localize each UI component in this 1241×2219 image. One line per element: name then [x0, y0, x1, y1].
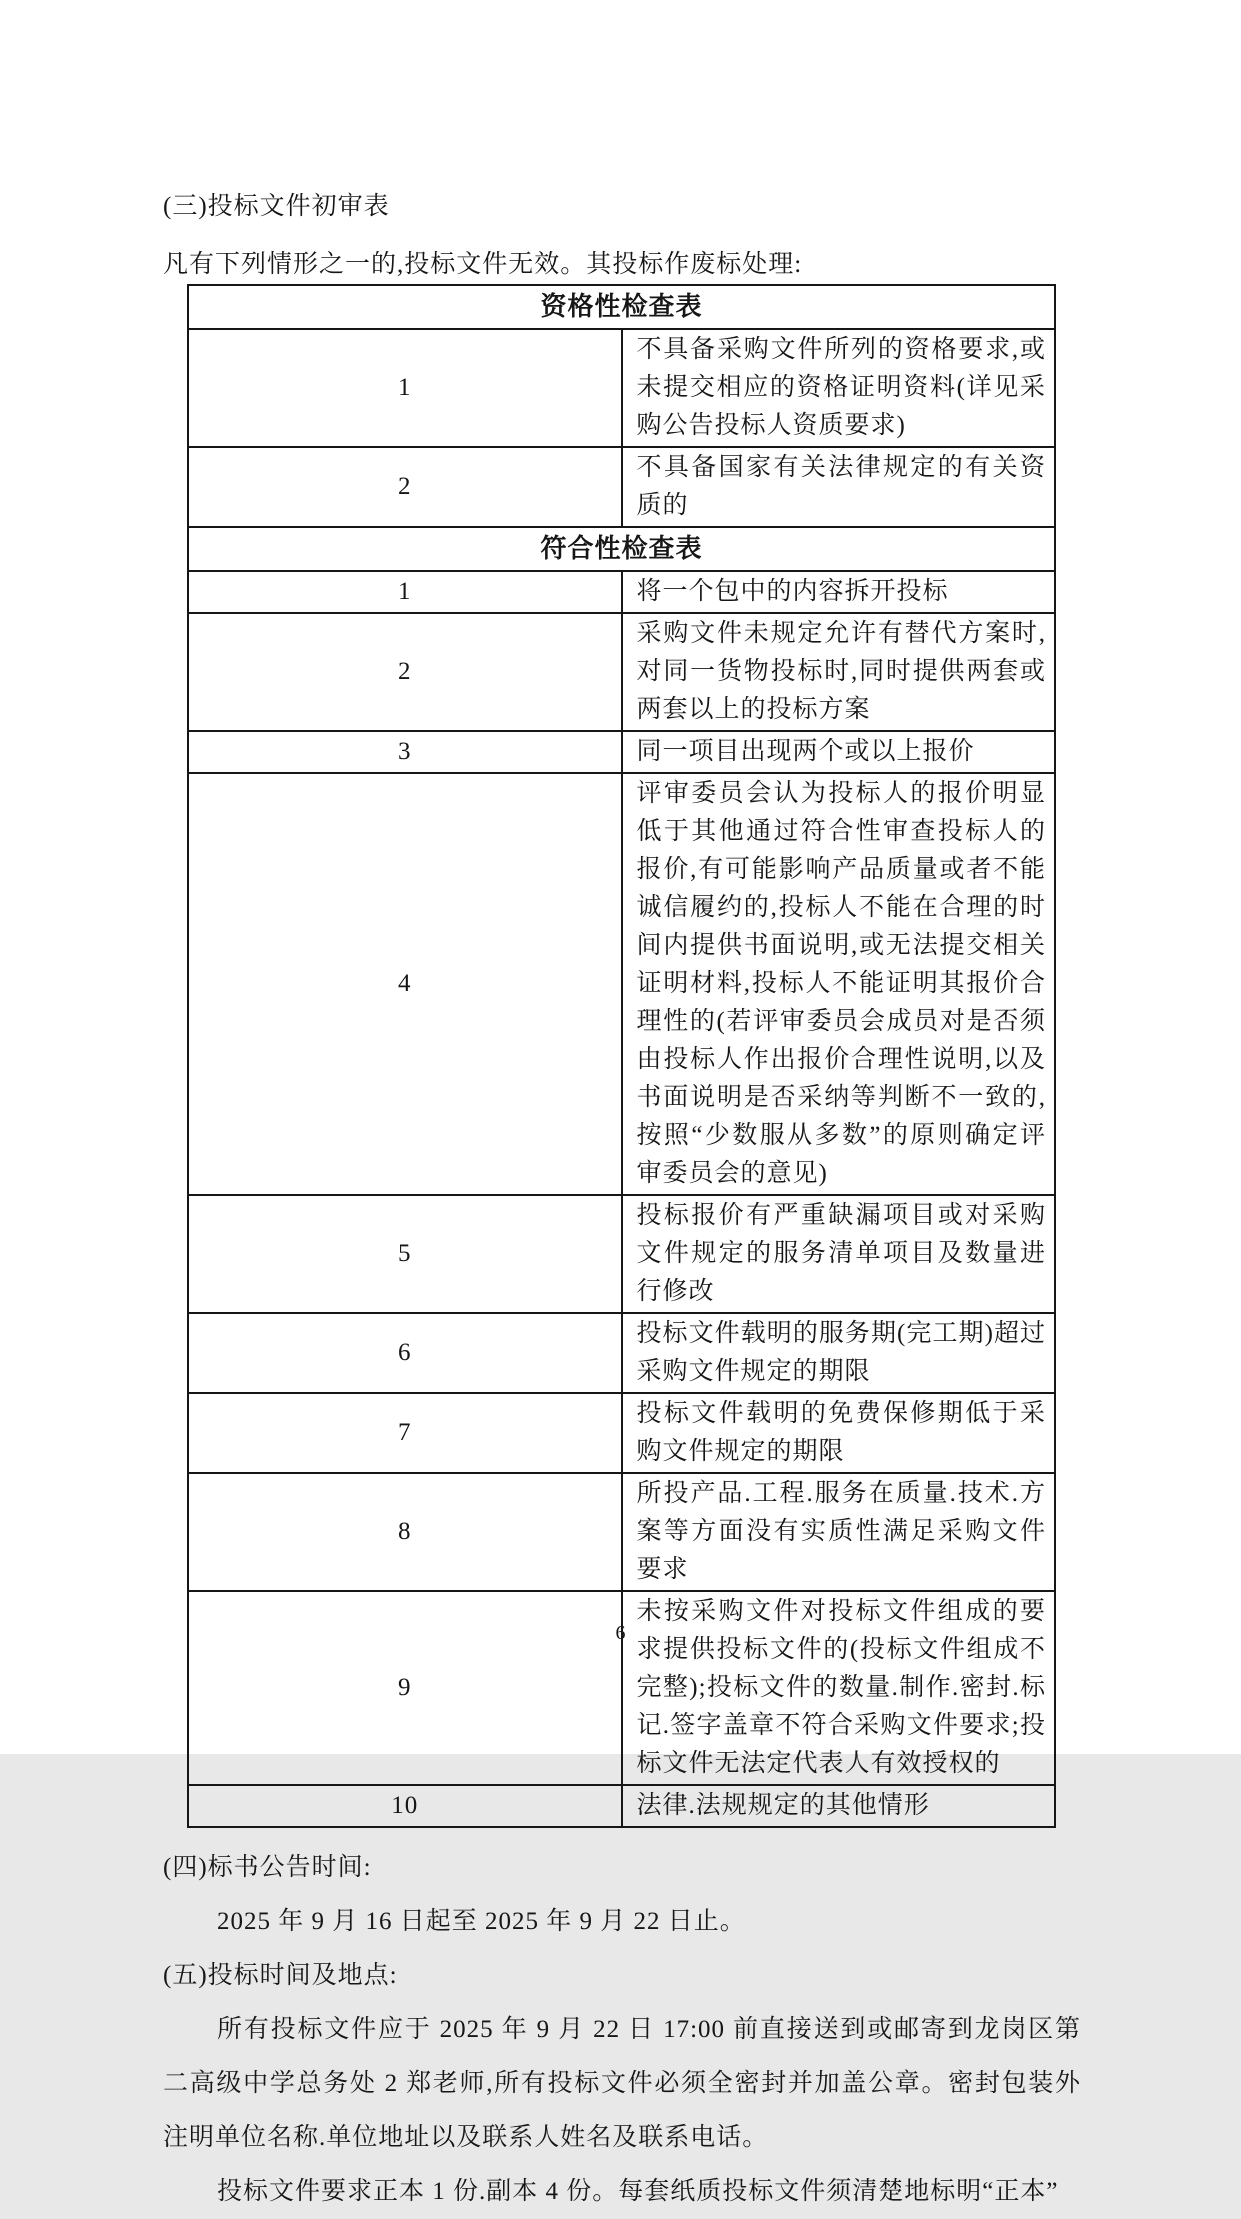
- table-row: 资格性检查表: [188, 285, 1055, 329]
- row-text: 不具备国家有关法律规定的有关资质的: [622, 447, 1056, 527]
- table-row: 9 未按采购文件对投标文件组成的要求提供投标文件的(投标文件组成不完整);投标文…: [188, 1591, 1055, 1785]
- row-number: 9: [188, 1591, 622, 1785]
- table-row: 5 投标报价有严重缺漏项目或对采购文件规定的服务清单项目及数量进行修改: [188, 1195, 1055, 1313]
- table-row: 10 法律.法规规定的其他情形: [188, 1785, 1055, 1827]
- section-5-heading: (五)投标时间及地点:: [163, 1949, 1081, 2003]
- row-text: 采购文件未规定允许有替代方案时,对同一货物投标时,同时提供两套或两套以上的投标方…: [622, 613, 1056, 731]
- bid-review-table: 资格性检查表 1 不具备采购文件所列的资格要求,或未提交相应的资格证明资料(详见…: [187, 284, 1056, 1828]
- copies-requirement-paragraph: 投标文件要求正本 1 份.副本 4 份。每套纸质投标文件须清楚地标明“正本”: [163, 2165, 1081, 2219]
- table-row: 2 不具备国家有关法律规定的有关资质的: [188, 447, 1055, 527]
- row-number: 1: [188, 571, 622, 613]
- row-number: 4: [188, 773, 622, 1195]
- table-row: 3 同一项目出现两个或以上报价: [188, 731, 1055, 773]
- row-number: 5: [188, 1195, 622, 1313]
- page-number: 6: [0, 1622, 1241, 1645]
- qualification-check-header: 资格性检查表: [188, 285, 1055, 329]
- row-number: 6: [188, 1313, 622, 1393]
- submission-instructions-paragraph: 所有投标文件应于 2025 年 9 月 22 日 17:00 前直接送到或邮寄到…: [163, 2003, 1081, 2165]
- row-number: 2: [188, 447, 622, 527]
- row-number: 7: [188, 1393, 622, 1473]
- table-row: 7 投标文件载明的免费保修期低于采购文件规定的期限: [188, 1393, 1055, 1473]
- row-text: 投标报价有严重缺漏项目或对采购文件规定的服务清单项目及数量进行修改: [622, 1195, 1056, 1313]
- row-number: 8: [188, 1473, 622, 1591]
- row-text: 评审委员会认为投标人的报价明显低于其他通过符合性审查投标人的报价,有可能影响产品…: [622, 773, 1056, 1195]
- table-row: 2 采购文件未规定允许有替代方案时,对同一货物投标时,同时提供两套或两套以上的投…: [188, 613, 1055, 731]
- row-text: 不具备采购文件所列的资格要求,或未提交相应的资格证明资料(详见采购公告投标人资质…: [622, 329, 1056, 447]
- row-text: 同一项目出现两个或以上报价: [622, 731, 1056, 773]
- table-row: 符合性检查表: [188, 527, 1055, 571]
- row-text: 将一个包中的内容拆开投标: [622, 571, 1056, 613]
- row-text: 投标文件载明的免费保修期低于采购文件规定的期限: [622, 1393, 1056, 1473]
- table-row: 4 评审委员会认为投标人的报价明显低于其他通过符合性审查投标人的报价,有可能影响…: [188, 773, 1055, 1195]
- table-row: 1 将一个包中的内容拆开投标: [188, 571, 1055, 613]
- announcement-period-text: 2025 年 9 月 16 日起至 2025 年 9 月 22 日止。: [163, 1895, 1081, 1949]
- row-number: 10: [188, 1785, 622, 1827]
- row-text: 所投产品.工程.服务在质量.技术.方案等方面没有实质性满足采购文件要求: [622, 1473, 1056, 1591]
- row-number: 2: [188, 613, 622, 731]
- document-page: (三)投标文件初审表 凡有下列情形之一的,投标文件无效。其投标作废标处理: 资格…: [0, 0, 1241, 1754]
- row-number: 1: [188, 329, 622, 447]
- table-intro-text: 凡有下列情形之一的,投标文件无效。其投标作废标处理:: [163, 244, 1081, 280]
- table-row: 1 不具备采购文件所列的资格要求,或未提交相应的资格证明资料(详见采购公告投标人…: [188, 329, 1055, 447]
- lower-text-block: (四)标书公告时间: 2025 年 9 月 16 日起至 2025 年 9 月 …: [163, 1841, 1081, 2219]
- table-row: 6 投标文件载明的服务期(完工期)超过采购文件规定的期限: [188, 1313, 1055, 1393]
- row-text: 法律.法规规定的其他情形: [622, 1785, 1056, 1827]
- row-number: 3: [188, 731, 622, 773]
- section-3-heading: (三)投标文件初审表: [163, 186, 1081, 222]
- conformity-check-header: 符合性检查表: [188, 527, 1055, 571]
- table-row: 8 所投产品.工程.服务在质量.技术.方案等方面没有实质性满足采购文件要求: [188, 1473, 1055, 1591]
- row-text: 未按采购文件对投标文件组成的要求提供投标文件的(投标文件组成不完整);投标文件的…: [622, 1591, 1056, 1785]
- row-text: 投标文件载明的服务期(完工期)超过采购文件规定的期限: [622, 1313, 1056, 1393]
- section-4-heading: (四)标书公告时间:: [163, 1841, 1081, 1895]
